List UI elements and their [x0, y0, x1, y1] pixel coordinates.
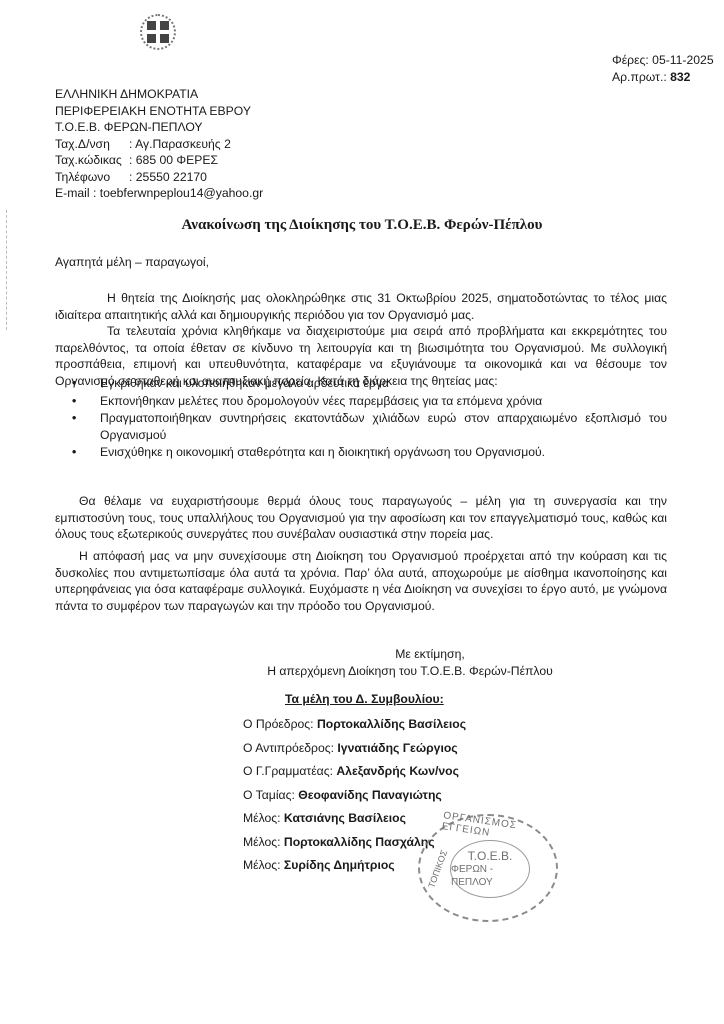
member-role: Μέλος: [243, 835, 284, 849]
email-row: E-mail : toebferwnpeplou14@yahoo.gr [55, 185, 263, 202]
member-role: Ο Ταμίας: [243, 788, 298, 802]
closing: Με εκτίμηση, Η απερχόμενη Διοίκηση του Τ… [200, 646, 620, 679]
postal-row: Ταχ.κώδικας: 685 00 ΦΕΡΕΣ [55, 152, 263, 169]
paragraph: Η θητεία της Διοίκησής μας ολοκληρώθηκε … [55, 290, 667, 323]
greek-republic-emblem-icon [140, 14, 176, 50]
phone-value: : 25550 22170 [129, 170, 207, 184]
board-member: Μέλος: Κατσιάνης Βασίλειος [243, 810, 466, 834]
document-meta: Φέρες: 05-11-2025 Αρ.πρωτ.: 832 [612, 52, 714, 86]
greeting: Αγαπητά μέλη – παραγωγοί, [55, 255, 209, 269]
member-role: Ο Πρόεδρος: [243, 717, 317, 731]
member-role: Μέλος: [243, 858, 284, 872]
date-line: Φέρες: 05-11-2025 [612, 52, 714, 69]
member-name: Συρίδης Δημήτριος [284, 858, 395, 872]
board-member: Ο Αντιπρόεδρος: Ιγνατιάδης Γεώργιος [243, 740, 466, 764]
address-value: : Αγ.Παρασκευής 2 [129, 137, 231, 151]
member-name: Πορτοκαλλίδης Βασίλειος [317, 717, 466, 731]
email-label: E-mail [55, 185, 90, 202]
org-line: ΠΕΡΙΦΕΡΕΙΑΚΗ ΕΝΟΤΗΤΑ ΕΒΡΟΥ [55, 103, 263, 120]
org-line: Τ.Ο.Ε.Β. ΦΕΡΩΝ-ΠΕΠΛΟΥ [55, 119, 263, 136]
email-value: : toebferwnpeplou14@yahoo.gr [93, 186, 263, 200]
salutation: Με εκτίμηση, [200, 646, 620, 663]
stamp-center: Τ.Ο.Ε.Β. ΦΕΡΩΝ - ΠΕΠΛΟΥ [450, 840, 530, 898]
list-item: Πραγματοποιήθηκαν συντηρήσεις εκατοντάδω… [100, 410, 667, 443]
achievements-list: Εγκρίθηκαν και υλοποιήθηκαν μεγάλα αρδευ… [55, 375, 667, 462]
protocol-label: Αρ.πρωτ.: [612, 70, 670, 84]
member-role: Μέλος: [243, 811, 284, 825]
stamp-line: Τ.Ο.Ε.Β. [468, 850, 513, 863]
board-member: Ο Πρόεδρος: Πορτοκαλλίδης Βασίλειος [243, 716, 466, 740]
phone-label: Τηλέφωνο [55, 169, 129, 186]
stamp-line: ΦΕΡΩΝ - ΠΕΠΛΟΥ [451, 863, 529, 889]
member-role: Ο Αντιπρόεδρος: [243, 741, 337, 755]
member-name: Κατσιάνης Βασίλειος [284, 811, 406, 825]
paragraph: Θα θέλαμε να ευχαριστήσουμε θερμά όλους … [55, 493, 667, 543]
signature: Η απερχόμενη Διοίκηση του Τ.Ο.Ε.Β. Φερών… [200, 663, 620, 680]
member-name: Πορτοκαλλίδης Πασχάλης [284, 835, 435, 849]
address-label: Ταχ.Δ/νση [55, 136, 129, 153]
paragraph: Η απόφασή μας να μην συνεχίσουμε στη Διο… [55, 548, 667, 614]
board-member: Ο Ταμίας: Θεοφανίδης Παναγιώτης [243, 787, 466, 811]
official-stamp-icon: ΟΡΓΑΝΙΣΜΟΣ ΕΓΓΕΙΩΝ ΤΟΠΙΚΟΣ Τ.Ο.Ε.Β. ΦΕΡΩ… [418, 814, 558, 922]
member-name: Αλεξανδρής Κων/νος [336, 764, 459, 778]
letterhead: ΕΛΛΗΝΙΚΗ ΔΗΜΟΚΡΑΤΙΑ ΠΕΡΙΦΕΡΕΙΑΚΗ ΕΝΟΤΗΤΑ… [55, 86, 263, 202]
document-title: Ανακοίνωση της Διοίκησης του Τ.Ο.Ε.Β. Φε… [0, 217, 724, 234]
postal-label: Ταχ.κώδικας [55, 152, 129, 169]
protocol-number: 832 [670, 70, 690, 84]
postal-value: : 685 00 ΦΕΡΕΣ [129, 153, 218, 167]
list-item: Εγκρίθηκαν και υλοποιήθηκαν μεγάλα αρδευ… [100, 375, 667, 392]
board-member: Ο Γ.Γραμματέας: Αλεξανδρής Κων/νος [243, 763, 466, 787]
list-item: Ενισχύθηκε η οικονομική σταθερότητα και … [100, 444, 667, 461]
member-role: Ο Γ.Γραμματέας: [243, 764, 336, 778]
list-item: Εκπονήθηκαν μελέτες που δρομολογούν νέες… [100, 393, 667, 410]
protocol-line: Αρ.πρωτ.: 832 [612, 69, 714, 86]
org-line: ΕΛΛΗΝΙΚΗ ΔΗΜΟΚΡΑΤΙΑ [55, 86, 263, 103]
board-title: Τα μέλη του Δ. Συμβουλίου: [285, 692, 444, 706]
member-name: Θεοφανίδης Παναγιώτης [298, 788, 442, 802]
phone-row: Τηλέφωνο: 25550 22170 [55, 169, 263, 186]
member-name: Ιγνατιάδης Γεώργιος [337, 741, 457, 755]
address-row: Ταχ.Δ/νση: Αγ.Παρασκευής 2 [55, 136, 263, 153]
stamp-ring-text: ΤΟΠΙΚΟΣ [426, 849, 449, 890]
